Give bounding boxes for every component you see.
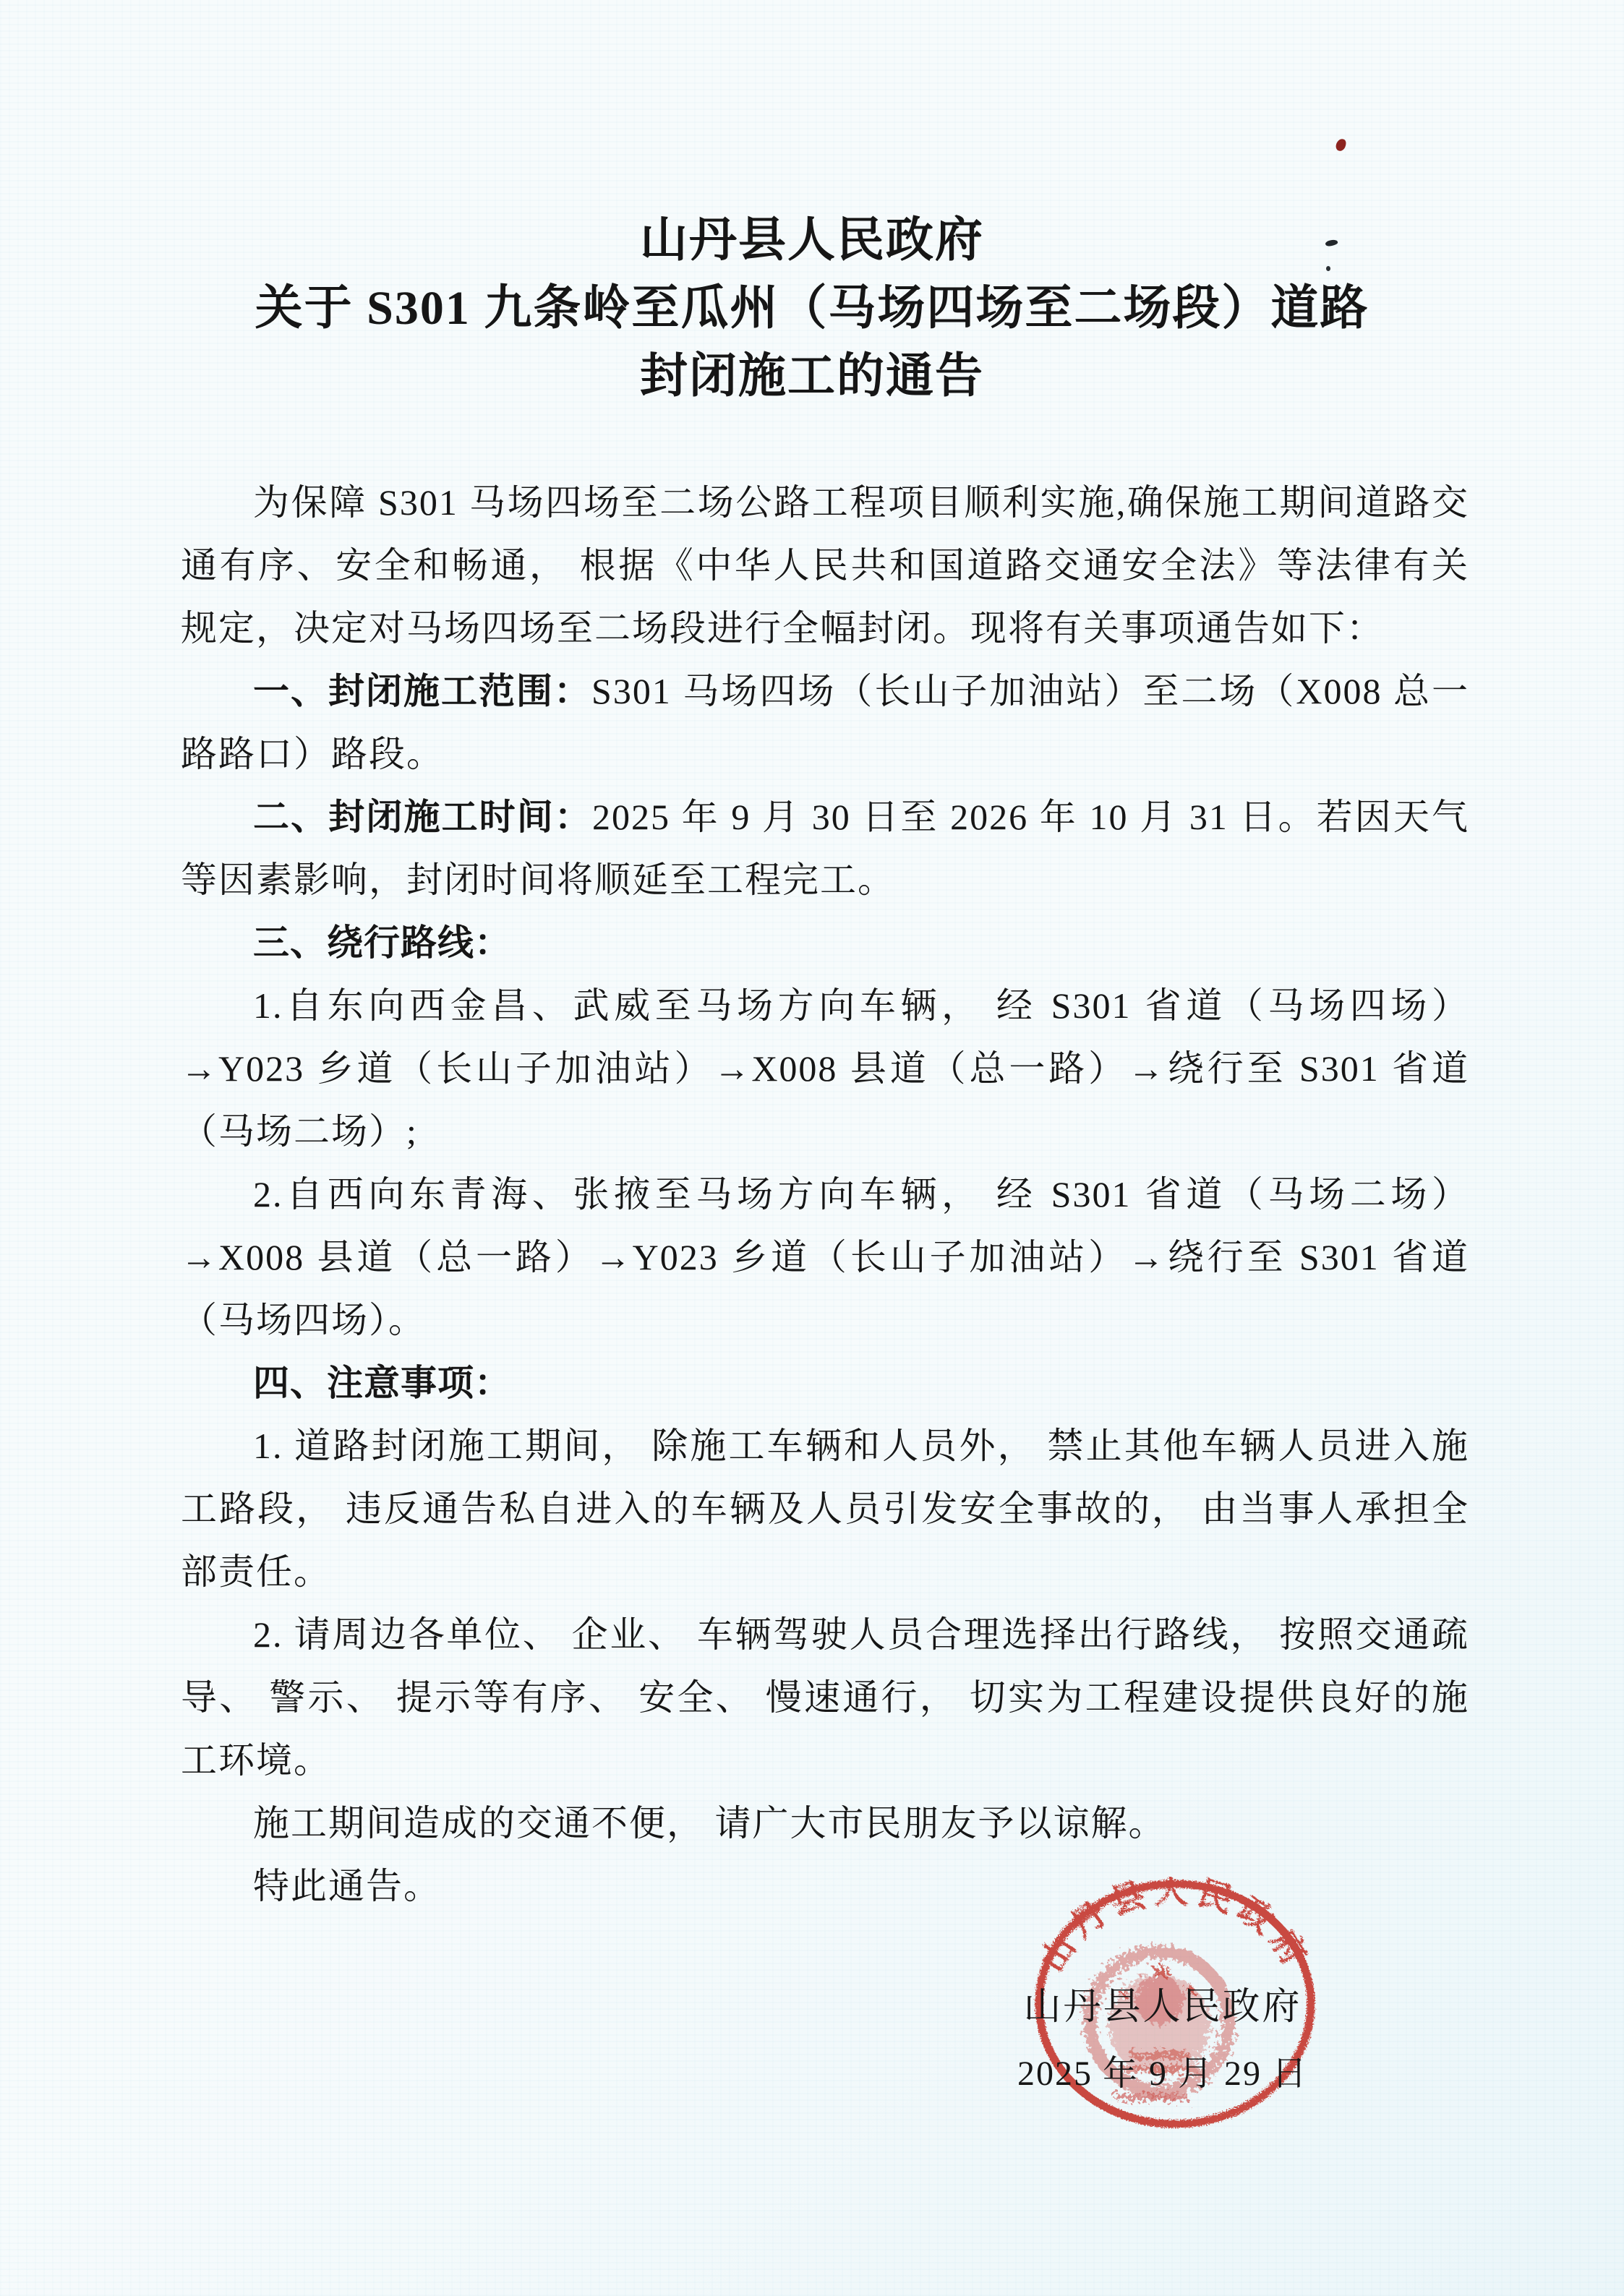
- notice-paragraph: 三、绕行路线：: [181, 912, 1469, 974]
- notice-body: 为保障 S301 马场四场至二场公路工程项目顺利实施,确保施工期间道路交通有序、…: [181, 471, 1469, 1918]
- notice-paragraph: 2. 请周边各单位、 企业、 车辆驾驶人员合理选择出行路线， 按照交通疏导、 警…: [181, 1603, 1469, 1792]
- seal-arc-text: 山丹县人民政府: [1033, 1877, 1317, 1979]
- paragraph-text: 2.自西向东青海、张掖至马场方向车辆， 经 S301 省道（马场二场）→X008…: [181, 1174, 1469, 1340]
- notice-paragraph: 一、封闭施工范围：S301 马场四场（长山子加油站）至二场（X008 总一路路口…: [181, 660, 1469, 786]
- signing-date: 2025 年 9 月 29 日: [975, 2053, 1351, 2095]
- section-heading: 二、封闭施工时间：: [253, 797, 592, 837]
- notice-paragraph: 1.自东向西金昌、武威至马场方向车辆， 经 S301 省道（马场四场）→Y023…: [181, 974, 1469, 1163]
- signature-block: 山丹县人民政府 2025 年 9 月 29 日: [975, 1985, 1351, 2095]
- paragraph-text: 特此通告。: [253, 1866, 441, 1906]
- notice-paragraph: 1. 道路封闭施工期间， 除施工车辆和人员外， 禁止其他车辆人员进入施工路段， …: [181, 1415, 1469, 1603]
- seal-star-icon: ★: [1150, 1957, 1172, 1986]
- paragraph-text: 1. 道路封闭施工期间， 除施工车辆和人员外， 禁止其他车辆人员进入施工路段， …: [181, 1426, 1469, 1592]
- notice-paragraph: 施工期间造成的交通不便， 请广大市民朋友予以谅解。: [181, 1792, 1469, 1855]
- notice-paragraph: 为保障 S301 马场四场至二场公路工程项目顺利实施,确保施工期间道路交通有序、…: [181, 471, 1469, 660]
- title-line-3: 封闭施工的通告: [0, 343, 1624, 411]
- title-line-1: 山丹县人民政府: [0, 207, 1624, 275]
- paragraph-text: 为保障 S301 马场四场至二场公路工程项目顺利实施,确保施工期间道路交通有序、…: [181, 482, 1469, 648]
- section-heading: 三、绕行路线：: [253, 922, 511, 963]
- paragraph-text: 施工期间造成的交通不便， 请广大市民朋友予以谅解。: [253, 1803, 1166, 1843]
- title-line-2: 关于 S301 九条岭至瓜州（马场四场至二场段）道路: [0, 275, 1624, 343]
- notice-paragraph: 2.自西向东青海、张掖至马场方向车辆， 经 S301 省道（马场二场）→X008…: [181, 1163, 1469, 1352]
- section-heading: 四、注意事项：: [253, 1363, 511, 1403]
- notice-paragraph: 二、封闭施工时间：2025 年 9 月 30 日至 2026 年 10 月 31…: [181, 786, 1469, 912]
- notice-paragraph: 四、注意事项：: [181, 1352, 1469, 1415]
- signing-organization: 山丹县人民政府: [975, 1985, 1351, 2030]
- paragraph-text: 2. 请周边各单位、 企业、 车辆驾驶人员合理选择出行路线， 按照交通疏导、 警…: [181, 1614, 1469, 1781]
- section-heading: 一、封闭施工范围：: [253, 671, 591, 711]
- notice-title: 山丹县人民政府 关于 S301 九条岭至瓜州（马场四场至二场段）道路 封闭施工的…: [0, 207, 1624, 411]
- scanned-notice-page: 山丹县人民政府 关于 S301 九条岭至瓜州（马场四场至二场段）道路 封闭施工的…: [0, 0, 1624, 2296]
- paragraph-text: 1.自东向西金昌、武威至马场方向车辆， 经 S301 省道（马场四场）→Y023…: [181, 985, 1469, 1152]
- red-ink-speck: [1335, 138, 1347, 153]
